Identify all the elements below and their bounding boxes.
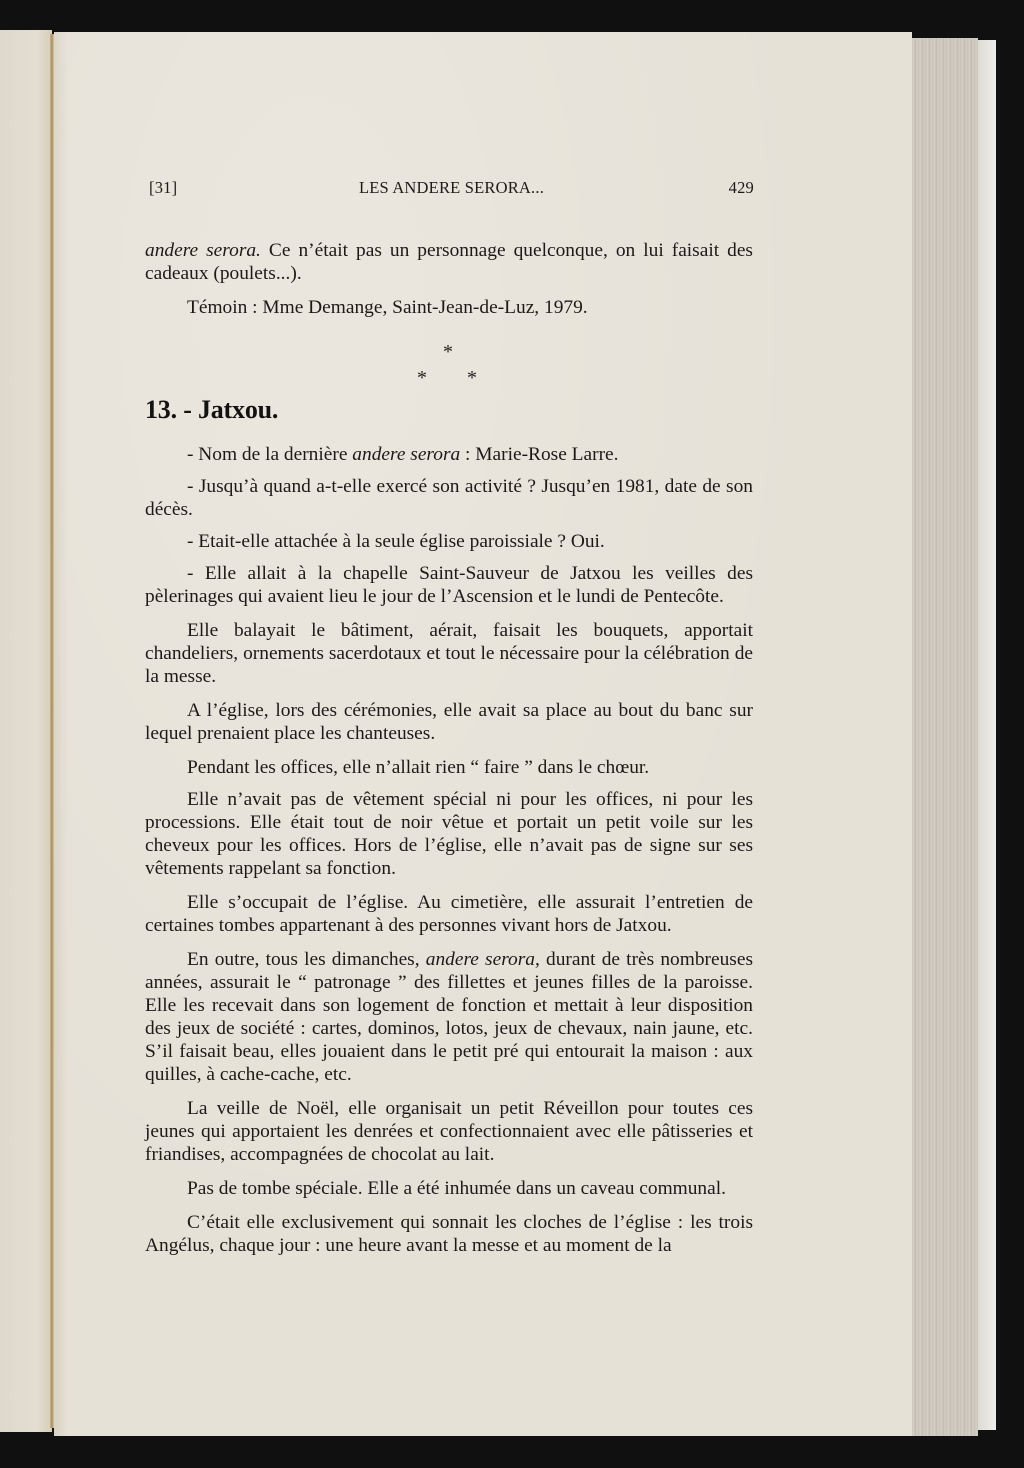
asterisk: * bbox=[467, 367, 477, 390]
question-chapel: - Elle allait à la chapelle Saint-Sauveu… bbox=[145, 562, 753, 608]
section-heading: 13. - Jatxou. bbox=[145, 395, 753, 425]
page-number: 429 bbox=[729, 178, 754, 198]
paragraph-duties: Elle balayait le bâtiment, aérait, faisa… bbox=[145, 619, 753, 688]
paragraph-bells: C’était elle exclusivement qui sonnait l… bbox=[145, 1211, 753, 1257]
asterism-divider: * * * bbox=[145, 331, 753, 395]
paragraph-christmas: La veille de Noël, elle organisait un pe… bbox=[145, 1097, 753, 1166]
italic-term: andere serora bbox=[352, 444, 460, 465]
page-stack-fore-edge bbox=[912, 38, 978, 1436]
paragraph-ceremonies: A l’église, lors des cérémonies, elle av… bbox=[145, 699, 753, 745]
paragraph-witness: Témoin : Mme Demange, Saint-Jean-de-Luz,… bbox=[145, 296, 753, 319]
page-body: andere serora. Ce n’était pas un personn… bbox=[145, 239, 753, 1257]
paragraph-cemetery: Elle s’occupait de l’église. Au cimetièr… bbox=[145, 891, 753, 937]
asterisk: * bbox=[417, 367, 427, 390]
running-head: [31] LES ANDERE SERORA... 429 bbox=[149, 178, 754, 202]
asterisk: * bbox=[443, 341, 453, 364]
previous-page-edge bbox=[0, 30, 52, 1432]
paragraph-offices: Pendant les offices, elle n’allait rien … bbox=[145, 756, 753, 779]
question-activity: - Jusqu’à quand a-t-elle exercé son acti… bbox=[145, 475, 753, 521]
paragraph-patronage: En outre, tous les dimanches, andere ser… bbox=[145, 948, 753, 1086]
paragraph-continuation: andere serora. Ce n’était pas un personn… bbox=[145, 239, 753, 285]
paragraph-burial: Pas de tombe spéciale. Elle a été inhumé… bbox=[145, 1177, 753, 1200]
cover-edge bbox=[978, 40, 996, 1430]
question-name: - Nom de la dernière andere serora : Mar… bbox=[145, 443, 753, 466]
book-gutter bbox=[50, 34, 54, 1428]
italic-term: andere serora bbox=[426, 949, 535, 970]
italic-term: andere serora. bbox=[145, 240, 261, 261]
paragraph-clothing: Elle n’avait pas de vêtement spécial ni … bbox=[145, 788, 753, 880]
running-title: LES ANDERE SERORA... bbox=[149, 178, 754, 198]
question-church: - Etait-elle attachée à la seule église … bbox=[145, 530, 753, 553]
